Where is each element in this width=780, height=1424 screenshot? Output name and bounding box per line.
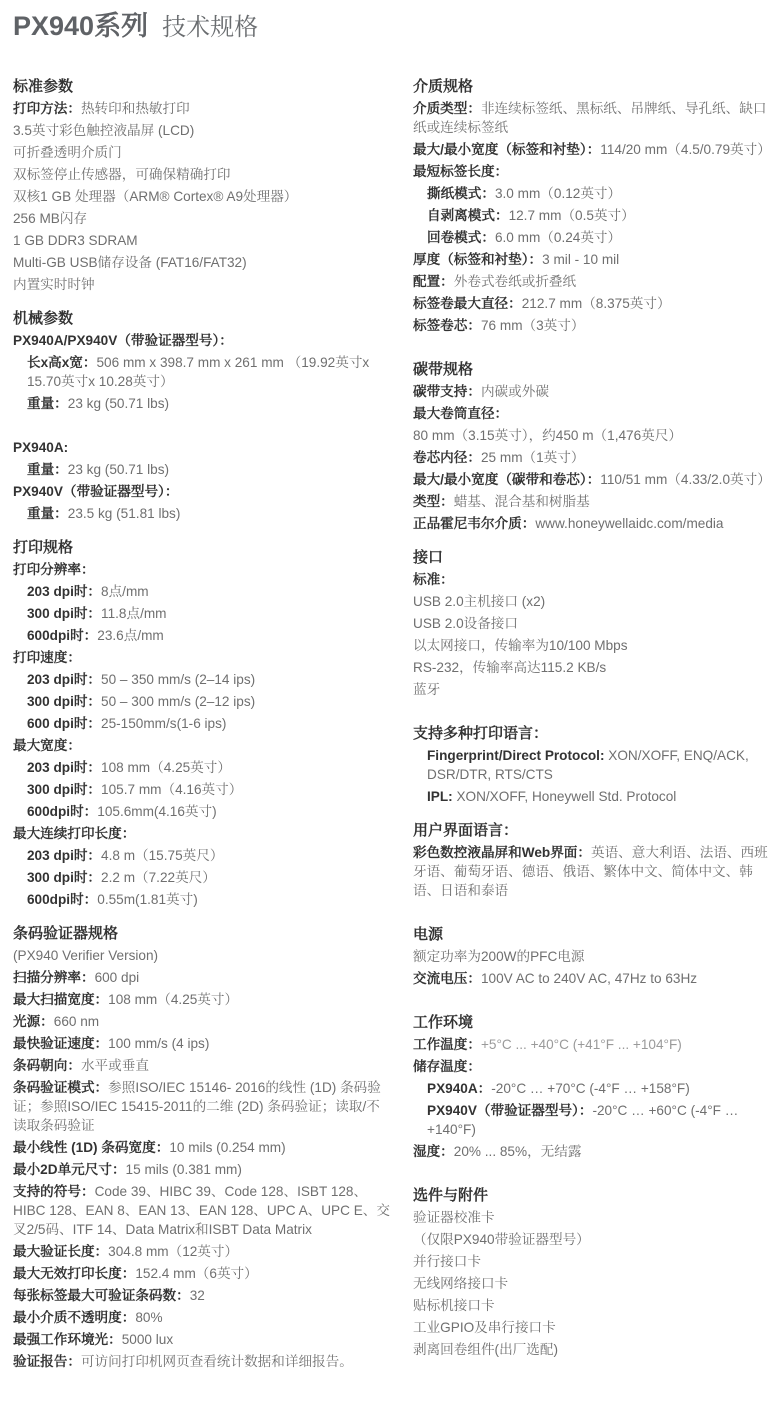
spec-label: 条码朝向： bbox=[13, 1058, 81, 1073]
spec-label: 撕纸模式： bbox=[427, 186, 495, 201]
spec-line: 600dpi时：105.6mm(4.16英寸) bbox=[13, 801, 393, 823]
spec-line: 蓝牙 bbox=[413, 679, 775, 701]
spec-label: 标签卷最大直径： bbox=[413, 296, 522, 311]
spec-line: 300 dpi时：50 – 300 mm/s (2–12 ips) bbox=[13, 691, 393, 713]
spec-line: 203 dpi时：8点/mm bbox=[13, 581, 393, 603]
section-environment: 工作环境 工作温度：+5°C ... +40°C (+41°F ... +104… bbox=[413, 1012, 775, 1163]
spec-value: 可访问打印机网页查看统计数据和详细报告。 bbox=[81, 1354, 353, 1369]
spec-value: RS-232，传输率高达115.2 KB/s bbox=[413, 660, 606, 675]
spec-line: 剥离回卷组件(出厂选配) bbox=[413, 1339, 775, 1361]
spec-line: PX940V（带验证器型号）： bbox=[13, 481, 393, 503]
spec-value: +5°C ... +40°C (+41°F ... +104°F) bbox=[481, 1037, 682, 1052]
spec-line: 标签卷最大直径：212.7 mm（8.375英寸） bbox=[413, 293, 775, 315]
spec-line: PX940V（带验证器型号）：-20°C … +60°C (-4°F … +14… bbox=[413, 1100, 775, 1141]
section-verifier: 条码验证器规格 (PX940 Verifier Version) 扫描分辨率：6… bbox=[13, 923, 393, 1373]
spec-line: RS-232，传输率高达115.2 KB/s bbox=[413, 657, 775, 679]
spec-line: 最大无效打印长度：152.4 mm（6英寸） bbox=[13, 1263, 393, 1285]
spec-line: 内置实时时钟 bbox=[13, 274, 393, 296]
spec-line: 203 dpi时：4.8 m（15.75英尺） bbox=[13, 845, 393, 867]
spec-line: PX940A：-20°C … +70°C (-4°F … +158°F) bbox=[413, 1078, 775, 1100]
spec-line: 介质类型：非连续标签纸、黑标纸、吊牌纸、导孔纸、缺口纸或连续标签纸 bbox=[413, 98, 775, 139]
spec-value: 验证器校准卡 bbox=[413, 1210, 495, 1225]
spec-value: 3.5英寸彩色触控液晶屏 (LCD) bbox=[13, 123, 194, 138]
spec-value: 80 mm（3.15英寸），约450 m（1,476英尺） bbox=[413, 428, 682, 443]
spec-label: 600dpi时： bbox=[27, 804, 97, 819]
spec-line: 最小2D单元尺寸：15 mils (0.381 mm) bbox=[13, 1159, 393, 1181]
spec-value: 108 mm（4.25英寸） bbox=[101, 760, 231, 775]
section-heading: 工作环境 bbox=[413, 1012, 775, 1034]
spec-label: 最小介质不透明度： bbox=[13, 1310, 135, 1325]
spec-line: 双核1 GB 处理器（ARM® Cortex® A9处理器） bbox=[13, 186, 393, 208]
spec-value: 100V AC to 240V AC, 47Hz to 63Hz bbox=[481, 971, 697, 986]
spec-label: 验证报告： bbox=[13, 1354, 81, 1369]
spec-value: 76 mm（3英寸） bbox=[481, 318, 584, 333]
spec-line: 自剥离模式：12.7 mm（0.5英寸） bbox=[413, 205, 775, 227]
spec-label: 203 dpi时： bbox=[27, 584, 101, 599]
spec-value: 50 – 350 mm/s (2–14 ips) bbox=[101, 672, 255, 687]
spec-value: 10 mils (0.254 mm) bbox=[169, 1140, 285, 1155]
right-column: 介质规格 介质类型：非连续标签纸、黑标纸、吊牌纸、导孔纸、缺口纸或连续标签纸 最… bbox=[413, 76, 775, 1361]
spec-label: 203 dpi时： bbox=[27, 848, 101, 863]
spec-value: 304.8 mm（12英寸） bbox=[108, 1244, 238, 1259]
spec-label: 600dpi时： bbox=[27, 628, 97, 643]
spec-value: 23 kg (50.71 lbs) bbox=[68, 396, 169, 411]
spec-value: 蜡基、混合基和树脂基 bbox=[454, 494, 590, 509]
spec-line: USB 2.0设备接口 bbox=[413, 613, 775, 635]
spec-line: 最小介质不透明度：80% bbox=[13, 1307, 393, 1329]
spec-line: 最大扫描宽度：108 mm（4.25英寸） bbox=[13, 989, 393, 1011]
spec-label: 类型： bbox=[413, 494, 454, 509]
section-power: 电源 额定功率为200W的PFC电源 交流电压：100V AC to 240V … bbox=[413, 924, 775, 990]
spec-line: 无线网络接口卡 bbox=[413, 1273, 775, 1295]
spec-label: 203 dpi时： bbox=[27, 760, 101, 775]
spec-value: 11.8点/mm bbox=[101, 606, 166, 621]
spec-line: 203 dpi时：108 mm（4.25英寸） bbox=[13, 757, 393, 779]
spec-value: 25 mm（1英寸） bbox=[481, 450, 584, 465]
spec-line: 每张标签最大可验证条码数：32 bbox=[13, 1285, 393, 1307]
spec-label: 最大/最小宽度（标签和衬垫）： bbox=[413, 142, 600, 157]
spec-value: (PX940 Verifier Version) bbox=[13, 948, 158, 963]
spec-value: USB 2.0主机接口 (x2) bbox=[413, 594, 545, 609]
spec-value: 600 dpi bbox=[95, 970, 140, 985]
spec-line: PX940A: bbox=[13, 437, 393, 459]
spec-label: 300 dpi时： bbox=[27, 606, 101, 621]
spec-label: 自剥离模式： bbox=[427, 208, 509, 223]
spec-value: 660 nm bbox=[54, 1014, 99, 1029]
spec-line: 长x高x宽：506 mm x 398.7 mm x 261 mm （19.92英… bbox=[13, 352, 393, 393]
spec-value: 蓝牙 bbox=[413, 682, 440, 697]
spec-value: 内碳或外碳 bbox=[481, 384, 549, 399]
spec-line: 以太网接口，传输率为10/100 Mbps bbox=[413, 635, 775, 657]
spec-line: Fingerprint/Direct Protocol: XON/XOFF, E… bbox=[413, 745, 775, 786]
spec-line: 256 MB闪存 bbox=[13, 208, 393, 230]
spec-line: (PX940 Verifier Version) bbox=[13, 945, 393, 967]
spec-value[interactable]: www.honeywellaidc.com/media bbox=[535, 516, 723, 531]
spec-line: 交流电压：100V AC to 240V AC, 47Hz to 63Hz bbox=[413, 968, 775, 990]
spec-line: 600dpi时：23.6点/mm bbox=[13, 625, 393, 647]
spec-line: 最小线性 (1D) 条码宽度：10 mils (0.254 mm) bbox=[13, 1137, 393, 1159]
spec-label: 卷芯内径： bbox=[413, 450, 481, 465]
spec-label: 300 dpi时： bbox=[27, 782, 101, 797]
spec-label: 支持的符号： bbox=[13, 1184, 95, 1199]
spec-value: 110/51 mm（4.33/2.0英寸） bbox=[600, 472, 771, 487]
spec-line: 扫描分辨率：600 dpi bbox=[13, 967, 393, 989]
spec-label: IPL: bbox=[427, 789, 456, 804]
spec-label: 最小线性 (1D) 条码宽度： bbox=[13, 1140, 169, 1155]
spec-value: 8点/mm bbox=[101, 584, 149, 599]
spec-value: Multi-GB USB储存设备 (FAT16/FAT32) bbox=[13, 255, 247, 270]
section-interfaces: 接口 标准： USB 2.0主机接口 (x2) USB 2.0设备接口 以太网接… bbox=[413, 547, 775, 701]
section-heading: 打印规格 bbox=[13, 537, 393, 559]
spec-value: 100 mm/s (4 ips) bbox=[108, 1036, 209, 1051]
spec-line: 工业GPIO及串行接口卡 bbox=[413, 1317, 775, 1339]
spec-label: 最大连续打印长度： bbox=[13, 826, 135, 841]
spec-label: 最大宽度： bbox=[13, 738, 81, 753]
spec-value: 3 mil - 10 mil bbox=[542, 252, 619, 267]
spec-value: 20% ... 85%，无结露 bbox=[454, 1144, 582, 1159]
spec-line: 条码朝向：水平或垂直 bbox=[13, 1055, 393, 1077]
spec-line: 最短标签长度： bbox=[413, 161, 775, 183]
spec-label: 长x高x宽： bbox=[27, 355, 97, 370]
spec-label: 光源： bbox=[13, 1014, 54, 1029]
spec-line: 最大/最小宽度（标签和衬垫）：114/20 mm（4.5/0.79英寸） bbox=[413, 139, 775, 161]
section-ribbon: 碳带规格 碳带支持：内碳或外碳 最大卷筒直径：80 mm（3.15英寸），约45… bbox=[413, 359, 775, 535]
spec-line: 验证器校准卡 bbox=[413, 1207, 775, 1229]
spec-label: 最大扫描宽度： bbox=[13, 992, 108, 1007]
spec-line: 300 dpi时：2.2 m（7.22英尺） bbox=[13, 867, 393, 889]
spec-line: 支持的符号：Code 39、HIBC 39、Code 128、ISBT 128、… bbox=[13, 1181, 393, 1241]
spec-line: 300 dpi时：11.8点/mm bbox=[13, 603, 393, 625]
spec-label: 厚度（标签和衬垫）： bbox=[413, 252, 542, 267]
section-heading: 机械参数 bbox=[13, 308, 393, 330]
spec-value: 105.6mm(4.16英寸) bbox=[97, 804, 216, 819]
spec-value: USB 2.0设备接口 bbox=[413, 616, 518, 631]
spec-line: （仅限PX940带验证器型号） bbox=[413, 1229, 775, 1251]
section-heading: 碳带规格 bbox=[413, 359, 775, 381]
spec-label: 湿度： bbox=[413, 1144, 454, 1159]
spec-label: 介质类型： bbox=[413, 101, 481, 116]
spec-line: 验证报告：可访问打印机网页查看统计数据和详细报告。 bbox=[13, 1351, 393, 1373]
spec-line: 双标签停止传感器，可确保精确打印 bbox=[13, 164, 393, 186]
spec-value: 无线网络接口卡 bbox=[413, 1276, 508, 1291]
section-heading: 条码验证器规格 bbox=[13, 923, 393, 945]
spec-value: 双核1 GB 处理器（ARM® Cortex® A9处理器） bbox=[13, 189, 297, 204]
spec-value: 5000 lux bbox=[122, 1332, 173, 1347]
spec-line: 回卷模式：6.0 mm（0.24英寸） bbox=[413, 227, 775, 249]
section-options: 选件与附件 验证器校准卡 （仅限PX940带验证器型号） 并行接口卡 无线网络接… bbox=[413, 1185, 775, 1361]
spec-line: 贴标机接口卡 bbox=[413, 1295, 775, 1317]
spec-value: 双标签停止传感器，可确保精确打印 bbox=[13, 167, 231, 182]
spec-value: 4.8 m（15.75英尺） bbox=[101, 848, 223, 863]
spec-value: 水平或垂直 bbox=[81, 1058, 149, 1073]
spec-label: 最强工作环境光： bbox=[13, 1332, 122, 1347]
spec-line: 最大验证长度：304.8 mm（12英寸） bbox=[13, 1241, 393, 1263]
spec-value: 32 bbox=[190, 1288, 205, 1303]
spec-value: 额定功率为200W的PFC电源 bbox=[413, 949, 584, 964]
spec-label: 标签卷芯： bbox=[413, 318, 481, 333]
spec-line: IPL: XON/XOFF, Honeywell Std. Protocol bbox=[413, 786, 775, 808]
spec-line: 300 dpi时：105.7 mm（4.16英寸） bbox=[13, 779, 393, 801]
spec-line: 最大宽度： bbox=[13, 735, 393, 757]
spec-value: 以太网接口，传输率为10/100 Mbps bbox=[413, 638, 628, 653]
spec-label: 300 dpi时： bbox=[27, 870, 101, 885]
title-main: PX940系列 bbox=[13, 4, 148, 43]
section-print: 打印规格 打印分辨率： 203 dpi时：8点/mm 300 dpi时：11.8… bbox=[13, 537, 393, 911]
spec-label: 打印速度： bbox=[13, 650, 81, 665]
spec-value: 256 MB闪存 bbox=[13, 211, 87, 226]
spec-line: 打印方法：热转印和热敏打印 bbox=[13, 98, 393, 120]
spec-value: 内置实时时钟 bbox=[13, 277, 95, 292]
spec-value: 23.6点/mm bbox=[97, 628, 163, 643]
spec-label: 打印分辨率： bbox=[13, 562, 95, 577]
spec-label: 交流电压： bbox=[413, 971, 481, 986]
spec-line: 光源：660 nm bbox=[13, 1011, 393, 1033]
spec-label: 配置： bbox=[413, 274, 454, 289]
spec-line: 并行接口卡 bbox=[413, 1251, 775, 1273]
spec-label: 重量： bbox=[27, 506, 68, 521]
section-print-languages: 支持多种打印语言： Fingerprint/Direct Protocol: X… bbox=[413, 723, 775, 808]
spec-line: 类型：蜡基、混合基和树脂基 bbox=[413, 491, 775, 513]
section-heading: 选件与附件 bbox=[413, 1185, 775, 1207]
spec-value: 6.0 mm（0.24英寸） bbox=[495, 230, 621, 245]
section-heading: 标准参数 bbox=[13, 76, 393, 98]
spec-line: 最快验证速度：100 mm/s (4 ips) bbox=[13, 1033, 393, 1055]
section-heading: 支持多种打印语言： bbox=[413, 723, 775, 745]
spec-line: 碳带支持：内碳或外碳 bbox=[413, 381, 775, 403]
spec-value: 热转印和热敏打印 bbox=[81, 101, 190, 116]
spec-line: 3.5英寸彩色触控液晶屏 (LCD) bbox=[13, 120, 393, 142]
spec-value: 23 kg (50.71 lbs) bbox=[68, 462, 169, 477]
spec-label: 203 dpi时： bbox=[27, 672, 101, 687]
spec-line: 打印分辨率： bbox=[13, 559, 393, 581]
spec-value: 105.7 mm（4.16英寸） bbox=[101, 782, 242, 797]
spec-value: -20°C … +70°C (-4°F … +158°F) bbox=[491, 1081, 690, 1096]
spec-line: 600 dpi时：25-150mm/s(1-6 ips) bbox=[13, 713, 393, 735]
spec-label: 条码验证模式： bbox=[13, 1080, 108, 1095]
spec-value: 1 GB DDR3 SDRAM bbox=[13, 233, 138, 248]
spec-label: 正品霍尼韦尔介质： bbox=[413, 516, 535, 531]
spec-value: 114/20 mm（4.5/0.79英寸） bbox=[600, 142, 771, 157]
spec-line: 重量：23 kg (50.71 lbs) bbox=[13, 459, 393, 481]
spec-line: 最大连续打印长度： bbox=[13, 823, 393, 845]
section-heading: 用户界面语言： bbox=[413, 820, 775, 842]
spec-label: PX940A/PX940V（带验证器型号）： bbox=[13, 333, 233, 348]
spec-line: 打印速度： bbox=[13, 647, 393, 669]
spec-label: 600 dpi时： bbox=[27, 716, 101, 731]
spec-line: 厚度（标签和衬垫）：3 mil - 10 mil bbox=[413, 249, 775, 271]
spec-value: 12.7 mm（0.5英寸） bbox=[509, 208, 635, 223]
spec-line: 工作温度：+5°C ... +40°C (+41°F ... +104°F) bbox=[413, 1034, 775, 1056]
section-heading: 介质规格 bbox=[413, 76, 775, 98]
spec-line: 标准： bbox=[413, 569, 775, 591]
spec-value: 工业GPIO及串行接口卡 bbox=[413, 1320, 556, 1335]
spec-label: 扫描分辨率： bbox=[13, 970, 95, 985]
spec-line: 额定功率为200W的PFC电源 bbox=[413, 946, 775, 968]
spec-line: 1 GB DDR3 SDRAM bbox=[13, 230, 393, 252]
spec-value: 108 mm（4.25英寸） bbox=[108, 992, 238, 1007]
spec-line: PX940A/PX940V（带验证器型号）： bbox=[13, 330, 393, 352]
spec-value: 23.5 kg (51.81 lbs) bbox=[68, 506, 181, 521]
section-media: 介质规格 介质类型：非连续标签纸、黑标纸、吊牌纸、导孔纸、缺口纸或连续标签纸 最… bbox=[413, 76, 775, 337]
spec-value: 3.0 mm（0.12英寸） bbox=[495, 186, 621, 201]
spec-label: 打印方法： bbox=[13, 101, 81, 116]
spec-label: PX940A： bbox=[427, 1081, 491, 1096]
spec-label: PX940V（带验证器型号）： bbox=[427, 1103, 592, 1118]
spec-line: USB 2.0主机接口 (x2) bbox=[413, 591, 775, 613]
spec-label: 最大无效打印长度： bbox=[13, 1266, 135, 1281]
spec-line: 重量：23.5 kg (51.81 lbs) bbox=[13, 503, 393, 525]
page-title: PX940系列 技术规格 bbox=[13, 4, 258, 44]
spec-line: 标签卷芯：76 mm（3英寸） bbox=[413, 315, 775, 337]
spec-label: Fingerprint/Direct Protocol: bbox=[427, 748, 608, 763]
spec-label: 标准： bbox=[413, 572, 454, 587]
spec-line: 撕纸模式：3.0 mm（0.12英寸） bbox=[413, 183, 775, 205]
spec-value: XON/XOFF, Honeywell Std. Protocol bbox=[456, 789, 676, 804]
spec-label: PX940V（带验证器型号）： bbox=[13, 484, 178, 499]
spec-label: 彩色数控液晶屏和Web界面： bbox=[413, 845, 591, 860]
spec-label: 最大验证长度： bbox=[13, 1244, 108, 1259]
section-standard: 标准参数 打印方法：热转印和热敏打印 3.5英寸彩色触控液晶屏 (LCD) 可折… bbox=[13, 76, 393, 296]
spec-value: 152.4 mm（6英寸） bbox=[135, 1266, 257, 1281]
spec-value: 剥离回卷组件(出厂选配) bbox=[413, 1342, 558, 1357]
spec-label: PX940A: bbox=[13, 440, 68, 455]
spec-line: 600dpi时：0.55m(1.81英寸) bbox=[13, 889, 393, 911]
title-sub: 技术规格 bbox=[162, 7, 258, 42]
spec-line: 储存温度： bbox=[413, 1056, 775, 1078]
left-column: 标准参数 打印方法：热转印和热敏打印 3.5英寸彩色触控液晶屏 (LCD) 可折… bbox=[13, 76, 393, 1373]
spec-value: 外卷式卷纸或折叠纸 bbox=[454, 274, 576, 289]
spec-label: 每张标签最大可验证条码数： bbox=[13, 1288, 190, 1303]
spec-label: 储存温度： bbox=[413, 1059, 481, 1074]
spec-value: 可折叠透明介质门 bbox=[13, 145, 122, 160]
spec-label: 工作温度： bbox=[413, 1037, 481, 1052]
spec-line: 重量：23 kg (50.71 lbs) bbox=[13, 393, 393, 415]
spec-label: 最大卷筒直径： bbox=[413, 406, 508, 421]
spec-value: 15 mils (0.381 mm) bbox=[126, 1162, 242, 1177]
spec-label: 600dpi时： bbox=[27, 892, 97, 907]
spec-value: 贴标机接口卡 bbox=[413, 1298, 495, 1313]
spec-label: 最大/最小宽度（碳带和卷芯）： bbox=[413, 472, 600, 487]
spec-label: 300 dpi时： bbox=[27, 694, 101, 709]
spec-line: 彩色数控液晶屏和Web界面：英语、意大利语、法语、西班牙语、葡萄牙语、德语、俄语… bbox=[413, 842, 775, 902]
spec-value: 0.55m(1.81英寸) bbox=[97, 892, 197, 907]
spec-line: 卷芯内径：25 mm（1英寸） bbox=[413, 447, 775, 469]
spec-value: 25-150mm/s(1-6 ips) bbox=[101, 716, 226, 731]
section-mechanical: 机械参数 PX940A/PX940V（带验证器型号）： 长x高x宽：506 mm… bbox=[13, 308, 393, 525]
spec-line: 最大/最小宽度（碳带和卷芯）：110/51 mm（4.33/2.0英寸） bbox=[413, 469, 775, 491]
section-heading: 接口 bbox=[413, 547, 775, 569]
spec-line: 可折叠透明介质门 bbox=[13, 142, 393, 164]
spec-value: 212.7 mm（8.375英寸） bbox=[522, 296, 671, 311]
section-heading: 电源 bbox=[413, 924, 775, 946]
spec-line: 正品霍尼韦尔介质：www.honeywellaidc.com/media bbox=[413, 513, 775, 535]
spec-label: 重量： bbox=[27, 462, 68, 477]
spec-line: 条码验证模式：参照ISO/IEC 15146- 2016的线性 (1D) 条码验… bbox=[13, 1077, 393, 1137]
spec-line: 203 dpi时：50 – 350 mm/s (2–14 ips) bbox=[13, 669, 393, 691]
spec-line: Multi-GB USB储存设备 (FAT16/FAT32) bbox=[13, 252, 393, 274]
spec-label: 最快验证速度： bbox=[13, 1036, 108, 1051]
spec-label: 碳带支持： bbox=[413, 384, 481, 399]
spec-line: 最大卷筒直径：80 mm（3.15英寸），约450 m（1,476英尺） bbox=[413, 403, 775, 447]
spec-value: 80% bbox=[135, 1310, 162, 1325]
spec-value: 50 – 300 mm/s (2–12 ips) bbox=[101, 694, 255, 709]
spec-value: 并行接口卡 bbox=[413, 1254, 481, 1269]
spec-line: 配置：外卷式卷纸或折叠纸 bbox=[413, 271, 775, 293]
section-ui-languages: 用户界面语言： 彩色数控液晶屏和Web界面：英语、意大利语、法语、西班牙语、葡萄… bbox=[413, 820, 775, 902]
spec-label: 重量： bbox=[27, 396, 68, 411]
spec-label: 回卷模式： bbox=[427, 230, 495, 245]
spec-line: 湿度：20% ... 85%，无结露 bbox=[413, 1141, 775, 1163]
spec-line: 最强工作环境光：5000 lux bbox=[13, 1329, 393, 1351]
spec-value: 2.2 m（7.22英尺） bbox=[101, 870, 216, 885]
spec-label: 最小2D单元尺寸： bbox=[13, 1162, 126, 1177]
spec-value: （仅限PX940带验证器型号） bbox=[413, 1232, 590, 1247]
spec-label: 最短标签长度： bbox=[413, 164, 508, 179]
